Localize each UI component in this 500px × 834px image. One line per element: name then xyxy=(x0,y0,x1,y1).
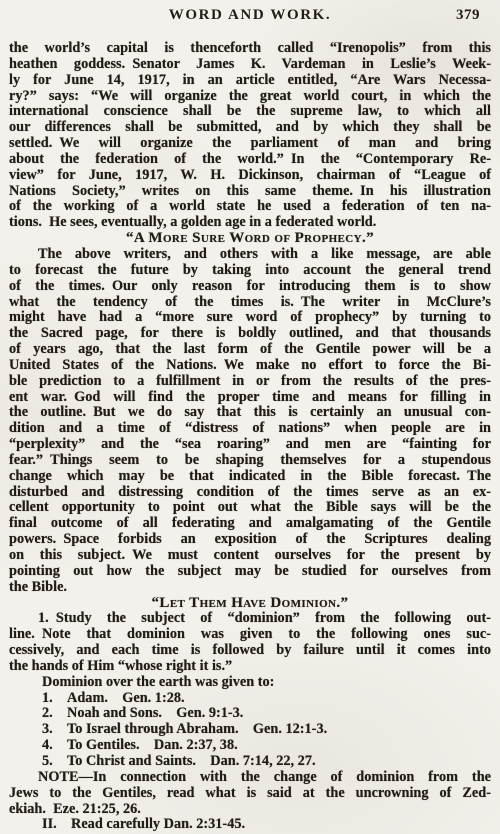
text-line: tions. He sees, eventually, a golden age… xyxy=(9,215,491,231)
scanned-page: WORD AND WORK. 379 the world’s capital i… xyxy=(0,0,500,833)
text-line: dition and a time of “distress of nation… xyxy=(9,421,491,437)
text-line: ekiah. Eze. 21:25, 26. xyxy=(9,802,491,818)
text-line: 1. Study the subject of “dominion” from … xyxy=(9,611,491,627)
text-line: of the times. Our only reason for introd… xyxy=(9,279,491,295)
text-line: powers. Space forbids an exposition of t… xyxy=(9,532,491,548)
text-line: settled. We will organize the parliament… xyxy=(9,136,491,152)
text-block: 1. Adam. Gen. 1:28.2. Noah and Sons. Gen… xyxy=(9,691,491,770)
text-line: view” for June, 1917, W. H. Dickinson, c… xyxy=(9,168,491,184)
text-line: cessively, and each time is followed by … xyxy=(9,643,491,659)
publication-title: WORD AND WORK. xyxy=(9,7,491,24)
text-line: disturbed and distressing condition of t… xyxy=(9,485,491,501)
text-line: Jews to the Gentiles, read what is said … xyxy=(9,786,491,802)
text-line: final outcome of all federating and amal… xyxy=(9,516,491,532)
text-line: II. Read carefully Dan. 2:31-45. xyxy=(9,817,491,833)
text-line: The above writers, and others with a lik… xyxy=(9,247,491,263)
text-line: NOTE—In connection with the change of do… xyxy=(9,770,491,786)
text-line: fear.” Things seem to be shaping themsel… xyxy=(9,453,491,469)
text-line: the hands of Him “whose right it is.” xyxy=(9,659,491,675)
text-line: line. Note that dominion was given to th… xyxy=(9,627,491,643)
text-line: the outline. But we do say that this is … xyxy=(9,405,491,421)
text-line: Nations Society,” writes on this same th… xyxy=(9,184,491,200)
text-line: to forecast the future by taking into ac… xyxy=(9,263,491,279)
section-heading: “Let Them Have Dominion.” xyxy=(9,596,491,612)
text-line: “perplexity” and the “sea roaring” and m… xyxy=(9,437,491,453)
text-line: of the working of a world state he used … xyxy=(9,199,491,215)
text-line: ly for June 14, 1917, in an article enti… xyxy=(9,73,491,89)
text-line: on this subject. We must content ourselv… xyxy=(9,548,491,564)
text-block: the world’s capital is thenceforth calle… xyxy=(9,41,491,231)
text-block: NOTE—In connection with the change of do… xyxy=(9,770,491,818)
text-line: 4. To Gentiles. Dan. 2:37, 38. xyxy=(9,738,491,754)
text-line: “A More Sure Word of Prophecy.” xyxy=(9,231,491,247)
text-line: ent war. God will find the proper time a… xyxy=(9,390,491,406)
text-line: might have had a “more sure word of prop… xyxy=(9,310,491,326)
text-line: of years ago, that the last form of the … xyxy=(9,342,491,358)
text-line: ry?” says: “We will organize the great w… xyxy=(9,89,491,105)
text-line: Dominion over the earth was given to: xyxy=(9,675,491,691)
text-line: pointing out how the subject may be stud… xyxy=(9,564,491,580)
section-heading: “A More Sure Word of Prophecy.” xyxy=(9,231,491,247)
text-line: “Let Them Have Dominion.” xyxy=(9,596,491,612)
document-body: the world’s capital is thenceforth calle… xyxy=(9,41,491,833)
text-line: about the federation of the world.” In t… xyxy=(9,152,491,168)
text-block: 1. Study the subject of “dominion” from … xyxy=(9,611,491,674)
text-line: change which may be that indicated in th… xyxy=(9,469,491,485)
text-line: the Sacred page, for there is boldly out… xyxy=(9,326,491,342)
text-line: the Bible. xyxy=(9,580,491,596)
text-line: what the tendency of the times is. The w… xyxy=(9,295,491,311)
text-line: cellent opportunity to point out what th… xyxy=(9,500,491,516)
text-line: international conscience shall be the su… xyxy=(9,104,491,120)
text-line: 2. Noah and Sons. Gen. 9:1-3. xyxy=(9,706,491,722)
text-line: heathen goddess. Senator James K. Vardem… xyxy=(9,57,491,73)
text-line: ble prediction to a fulfillment in or fr… xyxy=(9,374,491,390)
text-line: the world’s capital is thenceforth calle… xyxy=(9,41,491,57)
text-line: our differences shall be submitted, and … xyxy=(9,120,491,136)
running-header: WORD AND WORK. 379 xyxy=(9,7,491,24)
text-line: 5. To Christ and Saints. Dan. 7:14, 22, … xyxy=(9,754,491,770)
text-line: 1. Adam. Gen. 1:28. xyxy=(9,691,491,707)
text-block: II. Read carefully Dan. 2:31-45. xyxy=(9,817,491,833)
text-block: Dominion over the earth was given to: xyxy=(9,675,491,691)
text-block: The above writers, and others with a lik… xyxy=(9,247,491,596)
text-line: United States of the Nations. We make no… xyxy=(9,358,491,374)
text-line: 3. To Israel through Abraham. Gen. 12:1-… xyxy=(9,722,491,738)
page-number: 379 xyxy=(456,7,480,24)
